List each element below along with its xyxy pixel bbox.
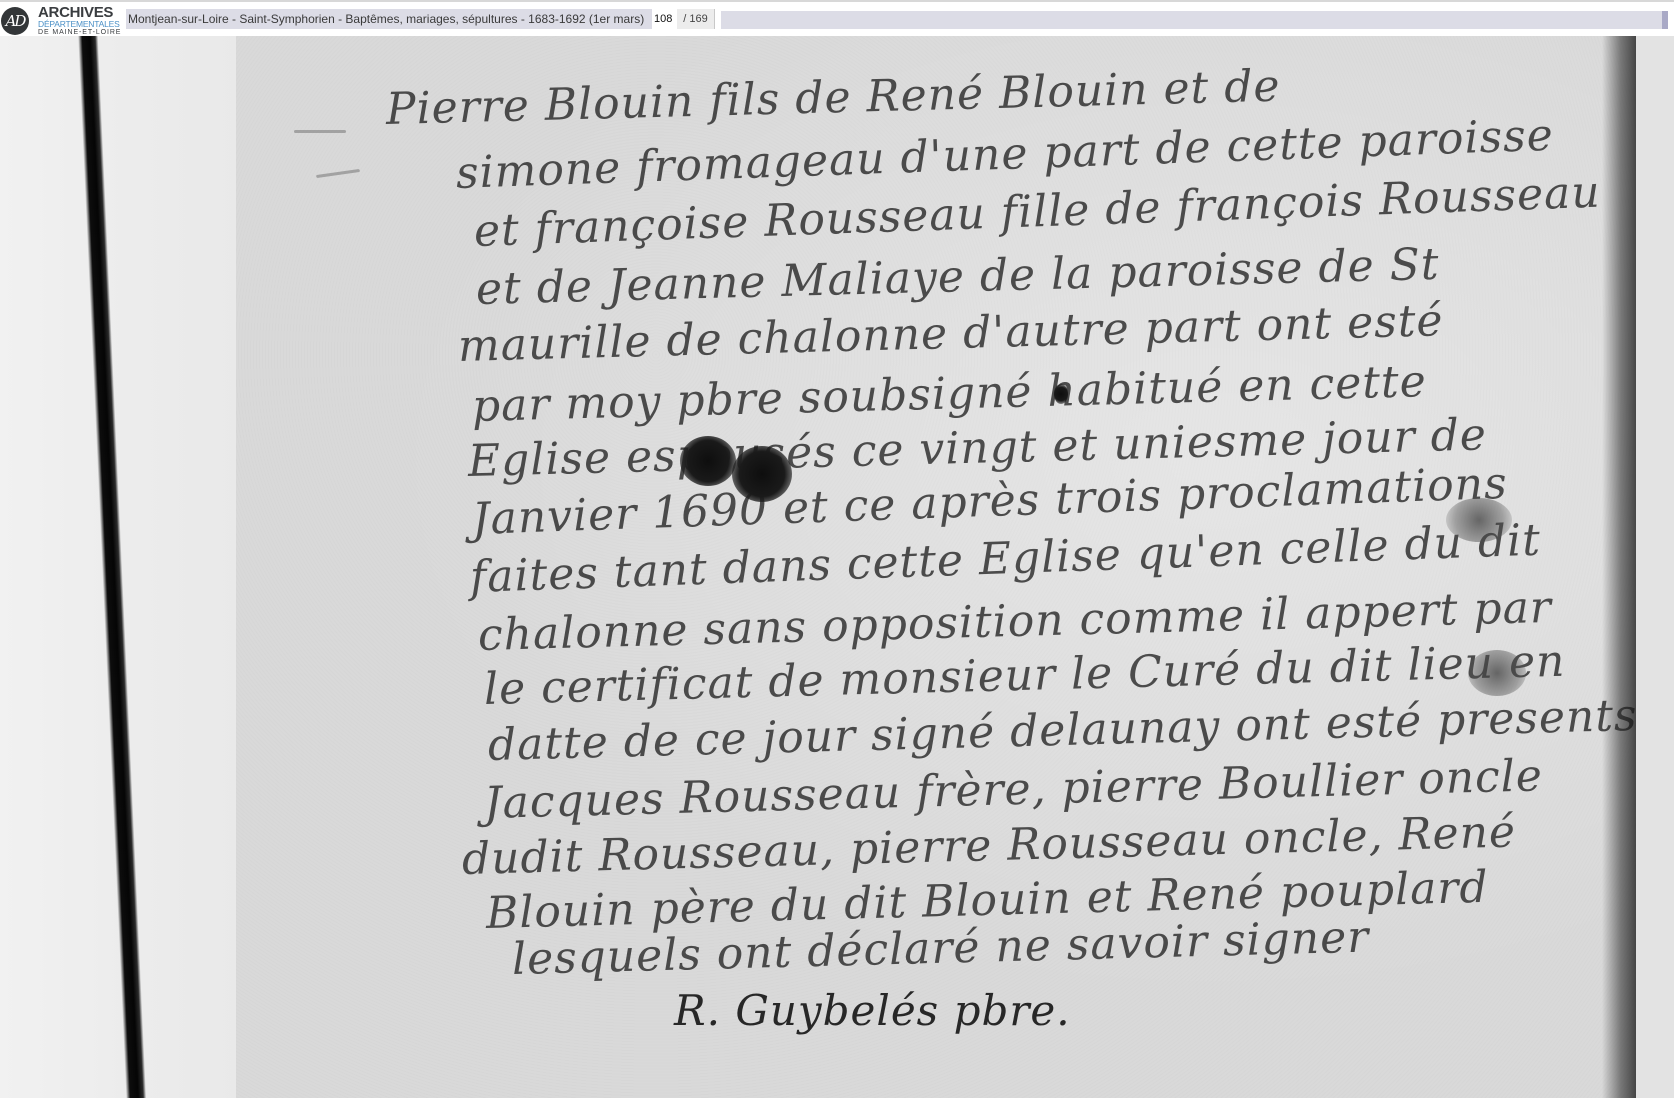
- page-edge-shadow: [1602, 36, 1636, 1098]
- archives-logo[interactable]: AD ARCHIVES DÉPARTEMENTALES DE MAINE-ET-…: [0, 4, 124, 36]
- priest-signature: R. Guybelés pbre.: [674, 986, 1071, 1035]
- logo-line-departementales: DÉPARTEMENTALES: [38, 20, 120, 29]
- logo-line-archives: ARCHIVES: [38, 5, 113, 20]
- document-title: Montjean-sur-Loire - Saint-Symphorien - …: [126, 9, 652, 29]
- page-slider[interactable]: [721, 11, 1668, 29]
- page-number-input[interactable]: [654, 9, 676, 29]
- manuscript-page: Pierre Blouin fils de René Blouin et de …: [236, 36, 1636, 1098]
- logo-line-region: DE MAINE-ET-LOIRE: [38, 29, 121, 37]
- page-slider-thumb[interactable]: [1662, 11, 1668, 29]
- ink-stain: [1446, 498, 1512, 542]
- viewer-toolbar: AD ARCHIVES DÉPARTEMENTALES DE MAINE-ET-…: [0, 0, 1674, 36]
- page-total-label: / 169: [677, 9, 715, 29]
- ink-blot: [732, 446, 792, 502]
- ink-blot: [680, 436, 736, 486]
- margin-mark: [316, 169, 360, 178]
- margin-mark: [294, 130, 346, 133]
- scan-right-background: [1636, 36, 1674, 1098]
- ad-monogram-icon: AD: [1, 7, 29, 35]
- document-image-viewer[interactable]: Pierre Blouin fils de René Blouin et de …: [0, 36, 1674, 1098]
- ink-stain: [1468, 650, 1526, 696]
- ink-blot: [1054, 384, 1068, 404]
